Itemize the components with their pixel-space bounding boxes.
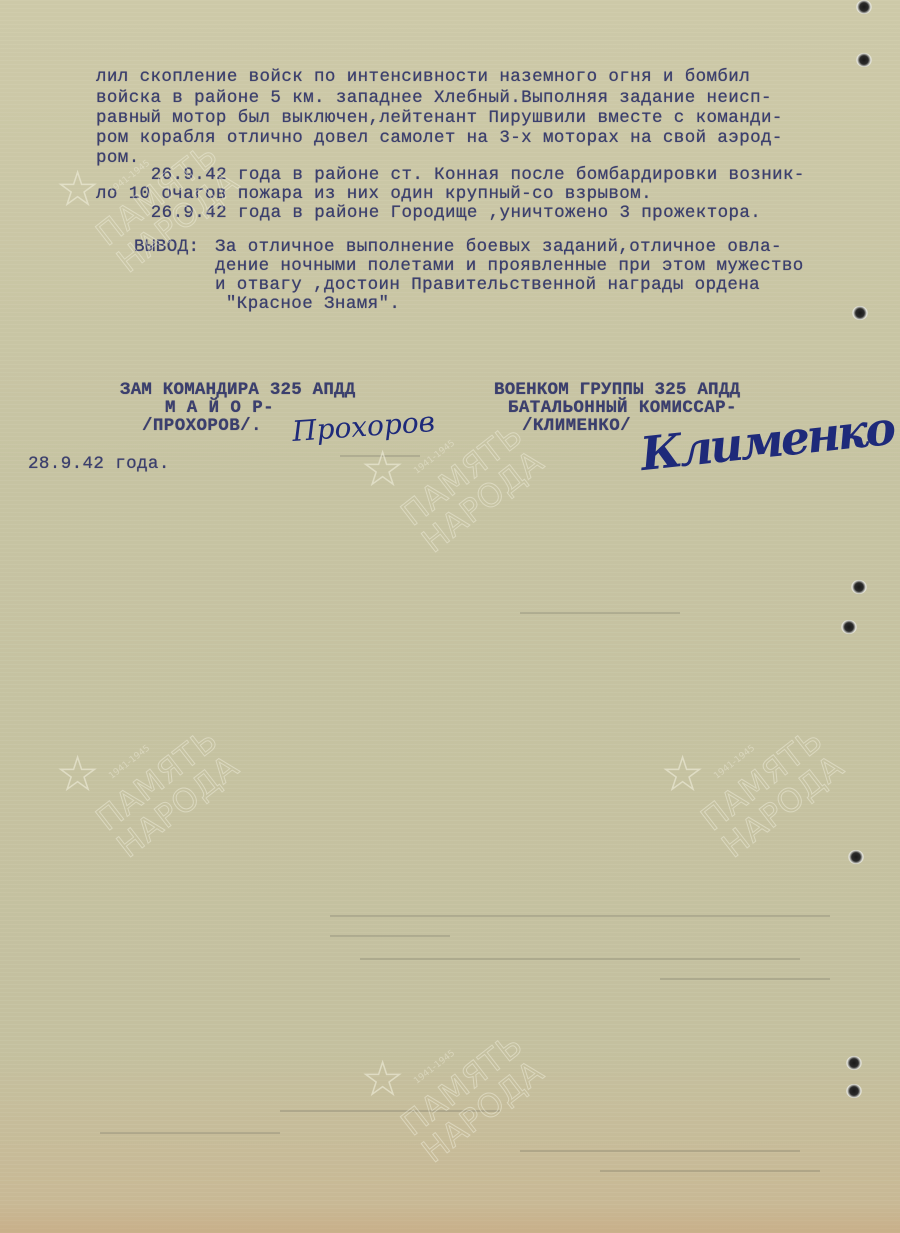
punch-hole [856, 0, 872, 14]
bleed-through-text [660, 978, 830, 980]
bleed-through-text [330, 915, 830, 917]
body-line: лил скопление войск по интенсивности наз… [96, 68, 750, 87]
star-icon: ★ [58, 758, 98, 792]
punch-hole [846, 1084, 862, 1098]
punch-hole [846, 1056, 862, 1070]
punch-hole [856, 53, 872, 67]
body-line: равный мотор был выключен,лейтенант Пиру… [96, 109, 783, 128]
conclusion-line: дение ночными полетами и проявленные при… [215, 257, 804, 276]
signer-name: /ПРОХОРОВ/. [142, 417, 262, 436]
watermark: ★ 1941-1945 ПАМЯТЬ НАРОДА [695, 722, 850, 864]
conclusion-line: "Красное Знамя". [215, 295, 400, 314]
punch-hole [848, 850, 864, 864]
bleed-through-text [520, 612, 680, 614]
paper-stain [0, 1203, 900, 1233]
punch-hole [852, 306, 868, 320]
document-page: лил скопление войск по интенсивности наз… [0, 0, 900, 1233]
punch-hole [851, 580, 867, 594]
bleed-through-text [360, 958, 800, 960]
bleed-through-text [600, 1170, 820, 1172]
conclusion-line: и отвагу ,достоин Правительственной нагр… [215, 276, 760, 295]
document-date: 28.9.42 года. [28, 455, 170, 474]
watermark: ★ 1941-1945 ПАМЯТЬ НАРОДА [90, 722, 245, 864]
handwritten-signature: Прохоров [291, 405, 436, 448]
star-icon: ★ [363, 453, 403, 487]
watermark: ★ 1941-1945 ПАМЯТЬ НАРОДА [395, 1027, 550, 1169]
signer-name: /КЛИМЕНКО/ [522, 417, 631, 436]
punch-hole [841, 620, 857, 634]
star-icon: ★ [58, 173, 98, 207]
conclusion-line: За отличное выполнение боевых заданий,от… [215, 238, 782, 257]
bleed-through-text [330, 935, 450, 937]
body-line: войска в районе 5 км. западнее Хлебный.В… [96, 89, 772, 108]
bleed-through-text [100, 1132, 280, 1134]
bleed-through-text [520, 1150, 800, 1152]
star-icon: ★ [663, 758, 703, 792]
star-icon: ★ [363, 1063, 403, 1097]
